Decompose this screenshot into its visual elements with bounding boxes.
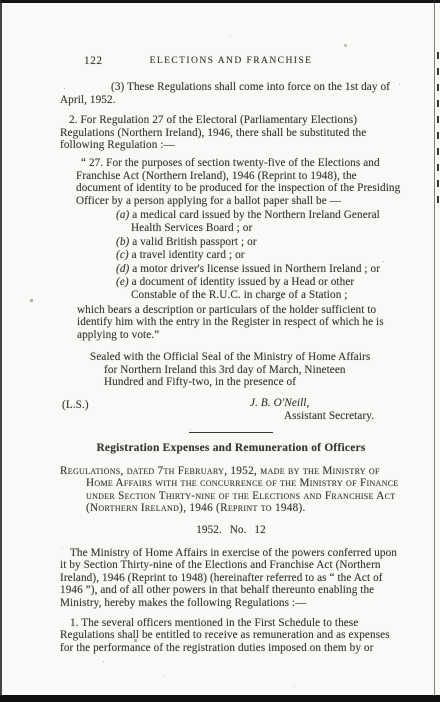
list-item-text: a medical card issued by the Northern Ir… <box>131 209 380 234</box>
scan-edge-right-dashes <box>437 52 439 212</box>
section-divider <box>189 432 273 433</box>
running-header-title: ELECTIONS AND FRANCHISE <box>60 55 402 68</box>
seal-mark: (L.S.) <box>62 399 89 412</box>
list-item-label: (e) <box>116 276 129 288</box>
list-item-label: (b) <box>116 236 129 248</box>
list-item-text: a travel identity card ; or <box>132 249 245 261</box>
scan-edge-right <box>434 0 435 702</box>
identity-document-list: (a) a medical card issued by the Norther… <box>60 209 402 301</box>
list-item-c: (c) a travel identity card ; or <box>116 249 402 262</box>
instrument-number: 1952. No. 12 <box>60 524 402 537</box>
paragraph-enabling-powers: The Ministry of Home Affairs in exercise… <box>60 547 402 610</box>
scanned-document-page: 122 ELECTIONS AND FRANCHISE (3) These Re… <box>0 0 440 702</box>
page-number: 122 <box>84 55 103 68</box>
paragraph-regulation-2: 2. For Regulation 27 of the Electoral (P… <box>60 114 402 152</box>
list-item-text: a motor driver's license issued in North… <box>132 263 380 275</box>
paragraph-which-bears: which bears a description or particulars… <box>77 304 402 342</box>
page-content: 122 ELECTIONS AND FRANCHISE (3) These Re… <box>0 0 440 702</box>
sealing-clause: Sealed with the Official Seal of the Min… <box>90 351 384 389</box>
list-item-e: (e) a document of identity issued by a H… <box>116 276 402 301</box>
signature-title: Assistant Secretary. <box>60 410 402 423</box>
paragraph-commencement: (3) These Regulations shall come into fo… <box>60 81 402 106</box>
quoted-regulation-27: “ 27. For the purposes of section twenty… <box>76 157 402 207</box>
list-item-text: a document of identity issued by a Head … <box>131 276 354 301</box>
section-heading: Registration Expenses and Remuneration o… <box>60 442 402 455</box>
list-item-b: (b) a valid British passport ; or <box>116 236 402 249</box>
signature-name: J. B. O'Neill, <box>60 397 402 410</box>
list-item-a: (a) a medical card issued by the Norther… <box>116 209 402 234</box>
signature-block: (L.S.) J. B. O'Neill, Assistant Secretar… <box>60 397 402 425</box>
running-header: 122 ELECTIONS AND FRANCHISE <box>60 55 402 68</box>
list-item-label: (a) <box>116 209 129 221</box>
scan-edge-top <box>0 0 440 3</box>
list-item-d: (d) a motor driver's license issued in N… <box>116 263 402 276</box>
list-item-label: (d) <box>116 263 129 275</box>
list-item-text: a valid British passport ; or <box>132 236 256 248</box>
scan-edge-left <box>0 0 2 702</box>
list-item-label: (c) <box>116 249 129 261</box>
scan-edge-bottom <box>0 695 440 702</box>
paragraph-regulation-1: 1. The several officers mentioned in the… <box>60 617 402 655</box>
regulations-datestamp: Regulations, dated 7th February, 1952, m… <box>60 465 402 515</box>
